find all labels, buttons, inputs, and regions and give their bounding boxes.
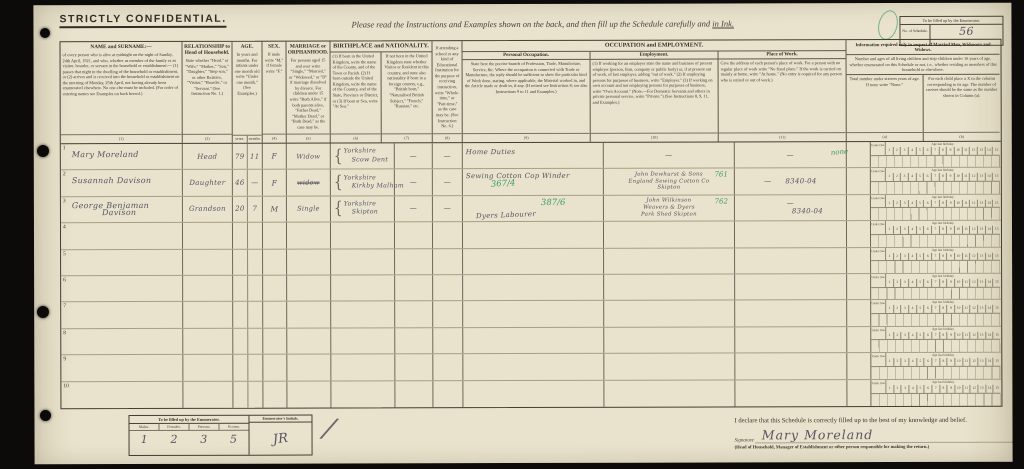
children-age-grid: Under One Age last birthday. 12345678910… — [871, 353, 1000, 379]
children-total-cell — [847, 221, 871, 246]
age-sub-labels: years. months. — [233, 135, 262, 143]
education-column-desc: If attending a school or any kind of Edu… — [432, 41, 461, 133]
nationality-cell — [395, 249, 433, 274]
schedule-row: 9 Under One Age last birthday. 123456789… — [61, 353, 1001, 382]
children-age-grid: Under One Age last birthday. 12345678910… — [871, 247, 1000, 273]
under-one-label: Under One — [871, 353, 886, 366]
header-children-group: Information required only in respect of … — [846, 40, 999, 141]
education-column-letter: (8) — [433, 133, 462, 142]
relationship-column-title: RELATIONSHIP to Head of Household. — [182, 42, 231, 57]
row-number: 2 — [63, 172, 66, 178]
sex-entry: F — [272, 178, 278, 187]
education-cell: — — [433, 196, 463, 221]
sex-cell — [263, 223, 287, 248]
under-one-label: Under One — [871, 248, 886, 261]
nationality-letter: (7) — [382, 133, 432, 142]
name-cell: 4 — [61, 223, 183, 249]
age-cell: 20 7 — [233, 196, 263, 221]
nationality-cell — [395, 381, 433, 407]
employment-cell — [604, 301, 735, 327]
punch-hole — [37, 145, 49, 157]
name-cell: 5 — [61, 249, 183, 275]
row-number: 1 — [63, 145, 66, 151]
place-of-work-cell — [735, 221, 847, 247]
nationality-cell: — — [395, 170, 433, 195]
place-entry: — — [787, 200, 794, 208]
age-cross-boxes — [871, 366, 1000, 379]
age-cross-boxes — [871, 392, 1000, 406]
children-grid-letter: (b) — [924, 132, 1000, 141]
children-group-desc: Number and ages of all living children a… — [847, 55, 1000, 75]
schedule-row: 1 Mary Moreland Head 79 11 F Widow { Yor… — [61, 142, 1001, 171]
age-cell — [233, 276, 263, 301]
birthplace-letter: (6) — [331, 133, 381, 142]
enumerator-box-values: 1235 — [130, 431, 249, 455]
occupation-entry: Dyers Labourer — [476, 207, 600, 220]
sex-cell — [263, 381, 287, 407]
children-age-grid: Under One Age last birthday. 12345678910… — [871, 379, 1000, 406]
place-of-work-cell: — 8340-04 — [735, 195, 847, 221]
birthplace-desc: (1) If born in the United Kingdom, write… — [331, 52, 381, 133]
header-name-column: NAME and SURNAME:— of every person who i… — [60, 42, 182, 143]
sex-column-letter: (4) — [263, 134, 286, 143]
enumerator-initials: JR — [248, 419, 313, 457]
sex-cell — [263, 328, 287, 353]
education-entry: — — [444, 178, 451, 186]
relationship-cell — [183, 223, 233, 249]
age-cross-boxes — [871, 207, 1000, 220]
children-age-grid: Under One Age last birthday. 12345678910… — [871, 300, 1000, 326]
declaration-block: I declare that this Schedule is correctl… — [734, 417, 1012, 450]
marriage-column-desc: For persons aged 15 and over write "Sing… — [287, 57, 330, 134]
children-restriction-note: Information required only in respect of … — [846, 40, 999, 55]
row-number: 9 — [63, 356, 66, 362]
declaration-text: I declare that this Schedule is correctl… — [734, 417, 1012, 425]
nationality-cell — [395, 222, 433, 247]
row-number: 8 — [63, 330, 66, 336]
age-cross-boxes — [871, 286, 1000, 299]
place-of-work-cell — [735, 300, 847, 326]
census-schedule-sheet: STRICTLY CONFIDENTIAL. Please read the I… — [33, 3, 1012, 465]
age-cell — [233, 328, 263, 353]
marriage-cell: widow — [287, 170, 331, 196]
employer-line: Park Shed Skipton — [607, 211, 731, 218]
age-cross-boxes — [871, 181, 1000, 194]
relationship-entry: Grandson — [189, 205, 226, 213]
name-cell: 9 — [61, 355, 183, 381]
place-of-work-cell — [735, 327, 847, 353]
age-cell — [233, 381, 263, 407]
children-total-cell — [847, 300, 871, 325]
relationship-column-letter: (2) — [183, 134, 232, 143]
personal-occupation-letter: (9) — [463, 133, 590, 142]
schedule-row: 6 Under One Age last birthday. 123456789… — [61, 274, 1001, 303]
occupation-cell — [463, 328, 604, 354]
under-one-label: Under One — [871, 327, 886, 340]
relationship-cell: Grandson — [183, 197, 233, 223]
schedule-row: 7 Under One Age last birthday. 123456789… — [61, 300, 1001, 329]
nationality-cell — [395, 354, 433, 379]
name-cell: 6 — [61, 276, 183, 302]
marriage-column-title: MARRIAGE or ORPHANHOOD. — [286, 42, 329, 57]
relationship-entry: Head — [197, 152, 217, 160]
row-number: 5 — [63, 251, 66, 257]
occupation-cell: Sewing Cotton Cop Winder 367/4 — [463, 169, 604, 195]
marriage-cell: Widow — [287, 144, 331, 170]
employment-cell — [604, 248, 735, 274]
birthplace-cell — [331, 223, 395, 249]
under-one-label: Under One — [871, 380, 886, 393]
marriage-entry: Single — [297, 205, 320, 213]
children-age-grid: Under One Age last birthday. 12345678910… — [871, 326, 1000, 352]
birthplace-line: Yorkshire — [344, 200, 394, 208]
birthplace-line: Skipton — [352, 209, 394, 217]
under-one-label: Under One — [871, 168, 886, 181]
occupation-cell: Dyers Labourer 387/6 — [463, 196, 604, 222]
name-cell: 3 George Benjaman Davison — [61, 197, 183, 223]
employment-cell — [604, 327, 735, 353]
birthplace-cell — [331, 249, 395, 275]
age-cell: 79 11 — [233, 144, 263, 169]
sex-entry: M — [270, 205, 278, 214]
age-years-entry: 46 — [233, 170, 248, 195]
signature-handwritten: Mary Moreland — [762, 427, 874, 442]
age-cell — [233, 355, 263, 380]
age-cell — [233, 249, 263, 274]
green-oval-mark — [875, 8, 901, 42]
brace-mark: { — [334, 199, 343, 219]
age-years-entry: 20 — [233, 197, 248, 222]
birthplace-cell — [331, 328, 395, 354]
brace-mark: { — [334, 146, 343, 166]
row-number: 4 — [63, 224, 66, 230]
name-column-title: NAME and SURNAME:— — [60, 42, 181, 51]
children-total-cell — [847, 353, 871, 378]
education-cell — [433, 222, 463, 247]
occupation-code-green: 367/4 — [491, 179, 516, 190]
header-age-column: AGE. In years and months. For infants un… — [232, 42, 262, 143]
marriage-cell — [287, 302, 331, 328]
birthplace-line: Yorkshire — [344, 148, 394, 156]
relationship-column-desc: State whether "Head," or "Wife," "Mother… — [183, 57, 232, 134]
name-cell: 10 — [61, 381, 183, 408]
nationality-entry: — — [410, 205, 417, 213]
marriage-cell — [287, 355, 331, 381]
employment-desc: (1) If working for an employer state the… — [591, 59, 718, 132]
occupation-code-green: 387/6 — [541, 198, 566, 208]
relationship-cell — [183, 276, 233, 302]
education-cell — [433, 275, 463, 300]
employer-code-green: 761 — [714, 171, 727, 179]
education-entry: — — [444, 205, 451, 213]
birthplace-cell — [331, 381, 395, 408]
marriage-cell: Single — [287, 196, 331, 222]
row-number: 7 — [63, 304, 66, 310]
punch-hole — [40, 28, 50, 38]
punch-hole — [40, 410, 51, 421]
sex-cell — [263, 302, 287, 327]
children-total-letter: (a) — [847, 132, 923, 141]
birthplace-group-title: BIRTHPLACE and NATIONALITY. — [330, 41, 431, 52]
under-one-label: Under One — [871, 221, 886, 234]
children-age-grid: Under One Age last birthday. 12345678910… — [871, 274, 1000, 300]
signature-label: Signature — [735, 438, 754, 443]
header-employment: Employment. (1) If working for an employ… — [591, 51, 719, 141]
age-months-entry: — — [248, 170, 262, 195]
schedule-row: 8 Under One Age last birthday. 123456789… — [61, 326, 1001, 355]
schedule-row: 2 Susannah Davison Daughter 46 — F widow… — [61, 168, 1001, 197]
nationality-entry: — — [410, 178, 417, 186]
nationality-cell — [395, 302, 433, 327]
header-sex-column: SEX. If male write "M," if female write … — [262, 42, 286, 143]
instruction-note: Please read the Instructions and Example… — [351, 18, 734, 29]
employment-cell: John Dewhurst & SonsEngland Sewing Cotto… — [604, 169, 735, 195]
place-of-work-letter: (11) — [719, 132, 846, 141]
under-one-label: Under One — [871, 142, 886, 155]
relationship-cell: Daughter — [183, 170, 233, 196]
children-total-desc: Total number under sixteen years of age.… — [847, 75, 923, 132]
children-total-cell — [847, 248, 871, 273]
header-birthplace-subcolumn: (1) If born in the United Kingdom, write… — [331, 52, 382, 142]
header-personal-occupation: Personal Occupation. State here the prec… — [463, 52, 591, 142]
age-cross-boxes — [871, 234, 1000, 247]
place-code-entry: 8340-04 — [785, 177, 816, 185]
nationality-cell — [395, 328, 433, 353]
children-age-grid: Under One Age last birthday. 12345678910… — [871, 168, 1000, 194]
sex-cell — [263, 249, 287, 274]
marriage-cell — [287, 223, 331, 249]
name-entry: Susannah Davison — [72, 176, 180, 185]
name-cell: 1 Mary Moreland — [61, 144, 183, 170]
place-entry: — — [764, 177, 771, 185]
employment-cell — [604, 380, 735, 407]
birthplace-cell: { YorkshireKirkby Malham — [331, 170, 395, 196]
marriage-entry: Widow — [296, 152, 320, 160]
age-column-title: AGE. — [232, 42, 261, 51]
schedule-box-title: To be filled up by the Enumerator. — [900, 17, 1002, 25]
schedule-row: 3 George Benjaman Davison Grandson 20 7 … — [61, 195, 1001, 224]
place-of-work-cell — [735, 274, 847, 300]
occupation-entry: Sewing Cotton Cop Winder — [466, 172, 600, 180]
confidential-heading: STRICTLY CONFIDENTIAL. — [59, 13, 226, 28]
age-cross-boxes — [871, 154, 1000, 167]
employment-cell: John WilkinsonWeavers & DyersPark Shed S… — [604, 195, 735, 221]
employer-line: Skipton — [607, 185, 731, 192]
header-marriage-column: MARRIAGE or ORPHANHOOD. For persons aged… — [286, 42, 330, 143]
table-header: NAME and SURNAME:— of every person who i… — [60, 40, 1000, 144]
education-cell: — — [433, 143, 463, 168]
nationality-entry: — — [410, 152, 417, 160]
under-one-label: Under One — [871, 195, 886, 208]
age-number-strip: 123456789101112131415 — [886, 384, 1000, 392]
education-cell — [433, 354, 463, 379]
children-age-grid: Under One Age last birthday. 12345678910… — [871, 142, 1000, 168]
age-years-entry: 79 — [233, 144, 248, 169]
children-total-cell — [847, 327, 871, 352]
photo-background: STRICTLY CONFIDENTIAL. Please read the I… — [0, 0, 1024, 469]
enumerator-summary-box: To be filled up by the Enumerator. Males… — [128, 415, 312, 456]
place-of-work-cell: — 8340-04 — [735, 169, 847, 195]
name-cell: 8 — [61, 329, 183, 355]
children-age-grid: Under One Age last birthday. 12345678910… — [871, 221, 1000, 247]
header-birthplace-group: BIRTHPLACE and NATIONALITY. (1) If born … — [330, 41, 432, 142]
instruction-emphasis: in Ink. — [712, 18, 734, 28]
birthplace-cell — [331, 302, 395, 328]
sex-entry: F — [272, 152, 278, 161]
occupation-cell — [463, 301, 604, 327]
employment-entry: — — [607, 151, 731, 159]
age-column-desc: In years and months. For infants under o… — [233, 51, 262, 135]
employment-cell — [604, 222, 735, 248]
age-years-label: years. — [233, 136, 248, 143]
occupation-cell — [463, 380, 604, 407]
sex-cell — [263, 355, 287, 380]
age-cell: 46 — — [233, 170, 263, 195]
marriage-entry-struck: widow — [297, 179, 320, 187]
age-months-entry: 7 — [248, 196, 262, 221]
children-total-cell — [847, 380, 871, 406]
marriage-cell — [287, 381, 331, 408]
name-column-letter: (1) — [61, 134, 182, 143]
schedule-row: 10 Under One Age last birthday. 12345678… — [61, 379, 1001, 408]
header-occupation-group: OCCUPATION and EMPLOYMENT. Personal Occu… — [462, 40, 846, 142]
children-total-entry: none — [830, 147, 848, 157]
sex-column-desc: If male write "M," if female write "F." — [263, 51, 286, 134]
marriage-cell — [287, 275, 331, 301]
place-of-work-desc: Give the address of each person's place … — [719, 59, 846, 132]
marriage-cell — [287, 328, 331, 354]
children-total-cell: none — [847, 142, 871, 167]
schedule-row: 4 Under One Age last birthday. 123456789… — [61, 221, 1001, 250]
birthplace-cell: { YorkshireSkipton — [331, 196, 395, 222]
header-children-total: Total number under sixteen years of age.… — [847, 75, 924, 141]
education-cell — [433, 249, 463, 274]
age-months-label: months. — [248, 136, 262, 143]
relationship-cell — [183, 302, 233, 328]
children-total-cell — [847, 168, 871, 193]
marriage-cell — [287, 249, 331, 275]
birthplace-cell — [331, 354, 395, 380]
occupation-cell — [463, 275, 604, 301]
header-nationality-subcolumn: If not born in the United Kingdom state … — [382, 52, 432, 142]
relationship-cell — [183, 249, 233, 275]
row-number: 6 — [63, 277, 66, 283]
schedule-row: 5 Under One Age last birthday. 123456789… — [61, 247, 1001, 276]
children-age-grid: Under One Age last birthday. 12345678910… — [871, 195, 1000, 221]
instruction-text: Please read the Instructions and Example… — [351, 19, 712, 30]
place-of-work-cell — [735, 380, 847, 407]
relationship-cell — [183, 381, 233, 408]
relationship-cell: Head — [183, 144, 233, 170]
occupation-cell: Home Duties — [463, 143, 604, 169]
birthplace-cell — [331, 275, 395, 301]
sex-cell: F — [263, 170, 287, 195]
name-cell: 7 — [61, 302, 183, 328]
age-months-entry: 11 — [248, 144, 262, 169]
row-number: 3 — [63, 198, 66, 204]
age-cross-boxes — [871, 313, 1000, 326]
name-cell: 2 Susannah Davison — [61, 170, 183, 196]
education-cell: — — [433, 170, 463, 195]
sex-column-title: SEX. — [262, 42, 285, 51]
nationality-cell: — — [395, 196, 433, 221]
place-entry: — — [787, 151, 794, 159]
occupation-cell — [463, 354, 604, 380]
relationship-cell — [183, 355, 233, 381]
sex-cell: F — [263, 144, 287, 169]
header-place-of-work: Place of Work. Give the address of each … — [719, 51, 846, 141]
header-children-grid: For each child place a X in the column c… — [924, 75, 1000, 141]
children-grid-desc: For each child place a X in the column c… — [924, 75, 1000, 132]
age-cross-boxes — [871, 260, 1000, 273]
under-one-label: Under One — [871, 300, 886, 313]
employment-cell — [604, 274, 735, 300]
sex-cell — [263, 276, 287, 301]
under-one-label: Under One — [871, 274, 886, 287]
relationship-entry: Daughter — [189, 179, 225, 187]
name-column-desc: of every person who is alive at midnight… — [61, 51, 182, 134]
education-cell — [433, 302, 463, 327]
occupation-cell — [463, 248, 604, 274]
personal-occupation-desc: State here the precise branch of Profess… — [463, 60, 590, 133]
header-education-column: If attending a school or any kind of Edu… — [432, 41, 462, 142]
place-code-entry: 8340-04 — [792, 208, 823, 216]
brace-mark: { — [334, 173, 343, 193]
nationality-cell: — — [395, 143, 433, 168]
employer-code-green: 762 — [715, 197, 728, 205]
relationship-cell — [183, 328, 233, 354]
employment-cell — [604, 354, 735, 380]
pen-stroke-mark: ⁄ — [324, 412, 335, 447]
employment-cell: — — [604, 142, 735, 168]
marriage-column-letter: (5) — [287, 134, 330, 143]
sex-cell: M — [263, 196, 287, 221]
place-of-work-cell — [735, 248, 847, 274]
age-cell — [233, 223, 263, 248]
children-total-cell — [847, 195, 871, 220]
place-of-work-cell — [735, 353, 847, 379]
age-cross-boxes — [871, 339, 1000, 352]
education-cell — [433, 381, 463, 407]
census-table: NAME and SURNAME:— of every person who i… — [59, 39, 1002, 409]
name-entry: Mary Moreland — [72, 150, 180, 159]
punch-hole — [37, 306, 49, 318]
employment-letter: (10) — [591, 132, 718, 141]
education-entry: — — [444, 152, 451, 160]
header-relationship-column: RELATIONSHIP to Head of Household. State… — [182, 42, 232, 143]
birthplace-line: Scow Dent — [352, 156, 394, 164]
occupation-entry: Home Duties — [466, 148, 600, 156]
nationality-desc: If not born in the United Kingdom state … — [382, 52, 432, 133]
education-cell — [433, 328, 463, 353]
age-cell — [233, 302, 263, 327]
row-number: 10 — [63, 383, 69, 389]
occupation-cell — [463, 222, 604, 248]
nationality-cell — [395, 275, 433, 300]
signature-note: (Head of Household, Manager of Establish… — [735, 444, 1013, 450]
birthplace-cell: { YorkshireScow Dent — [331, 143, 395, 169]
children-total-cell — [847, 274, 871, 299]
